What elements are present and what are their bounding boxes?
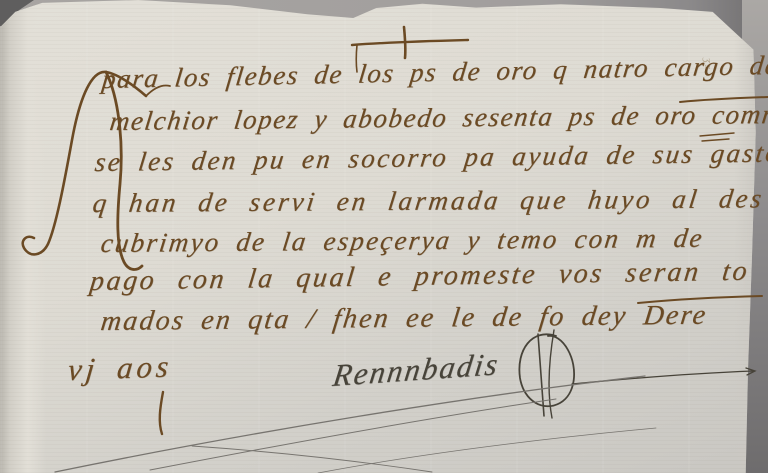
manuscript-line-4: q han de servi en larmada que huyo al de… — [91, 183, 766, 219]
manuscript-line-8: vj aos — [66, 348, 174, 388]
manuscript-photo: ʒs para los flebes de los ps de oro q na… — [0, 0, 768, 473]
manuscript-line-5: cubrimyo de la espeçerya y temo con m de — [99, 223, 706, 259]
manuscript-line-7: mados en qta / fhen ee le de fo dey Dere — [99, 300, 710, 338]
